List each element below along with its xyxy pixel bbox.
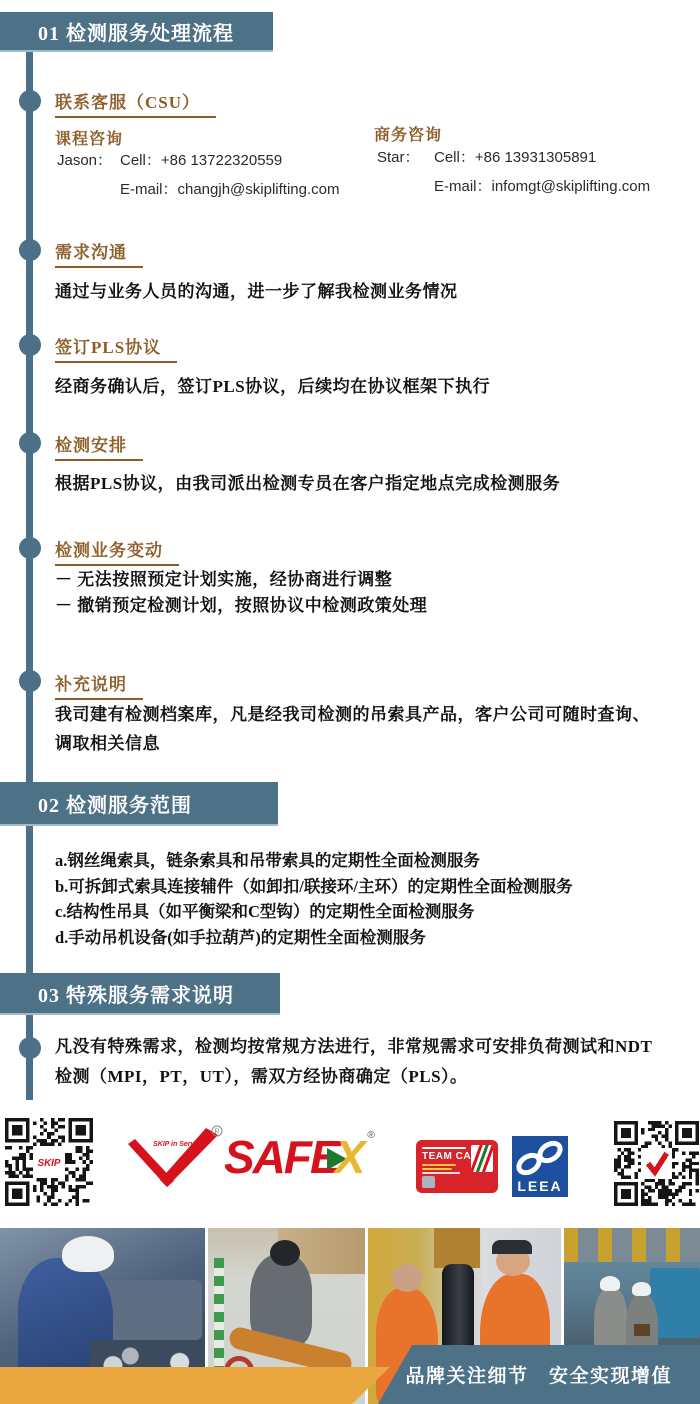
- scope-item: a.钢丝绳索具，链条索具和吊带索具的定期性全面检测服务: [55, 848, 572, 874]
- step-heading-text: 签订PLS协议: [55, 333, 177, 363]
- timeline-dot: [19, 334, 41, 356]
- worker-head: [392, 1264, 422, 1292]
- worker-hair: [492, 1240, 532, 1254]
- timeline-line: [26, 50, 33, 1100]
- business-contact-row: Star：Cell：+86 13931305891: [377, 143, 650, 172]
- step-heading-text: 检测业务变动: [55, 536, 179, 566]
- business-consult-label: 商务咨询: [374, 122, 442, 145]
- team-card-logo: TEAM CARD: [416, 1140, 498, 1193]
- poster-page: 01 检测服务处理流程 联系客服（CSU） 课程咨询 Jason：Cell：+8…: [0, 0, 700, 1404]
- step-body: 通过与业务人员的沟通，进一步了解我检测业务情况: [55, 277, 458, 302]
- step-bullet: － 撤销预定检测计划，按照协议中检测政策处理: [55, 593, 427, 619]
- scope-item: b.可拆卸式索具连接辅件（如卸扣/联接环/主环）的定期性全面检测服务: [55, 874, 572, 900]
- wooden-block: [434, 1228, 480, 1268]
- leea-text: LEEA: [517, 1178, 562, 1194]
- section-band-01: 01 检测服务处理流程: [0, 12, 273, 52]
- safex-logo: SAFEX®: [224, 1134, 375, 1180]
- contact-name: Jason：: [57, 146, 120, 175]
- section-band-01-title: 01 检测服务处理流程: [38, 17, 234, 46]
- step-heading-text: 补充说明: [55, 670, 143, 700]
- timeline-dot: [19, 1037, 41, 1059]
- skip-check-logo: SKIP in Service R: [120, 1124, 224, 1194]
- step-bullet: － 无法按照预定计划实施，经协商进行调整: [55, 567, 392, 593]
- timeline-dot: [19, 239, 41, 261]
- contact-heading: 联系客服（CSU）: [55, 88, 216, 118]
- step-body: 经商务确认后，签订PLS协议，后续均在协议框架下执行: [55, 372, 490, 397]
- team-card-field: [422, 1164, 456, 1166]
- section-band-03-title: 03 特殊服务需求说明: [38, 979, 234, 1008]
- contact-email: E-mail：infomgt@skiplifting.com: [434, 178, 650, 195]
- section-band-02: 02 检测服务范围: [0, 782, 278, 826]
- team-card-field: [422, 1172, 460, 1174]
- chain-links-icon: [512, 1138, 568, 1178]
- special-note: 凡没有特殊需求，检测均按常规方法进行，非常规需求可安排负荷测试和NDT检测（MP…: [55, 1032, 669, 1092]
- worker-head: [270, 1240, 300, 1266]
- step-heading: 需求沟通: [55, 238, 143, 268]
- business-contact-row: E-mail：infomgt@skiplifting.com: [377, 172, 650, 201]
- safex-safe-text: SAFE: [224, 1134, 339, 1180]
- course-contact-block: Jason：Cell：+86 13722320559 E-mail：changj…: [57, 146, 339, 204]
- contact-cell: Cell：+86 13722320559: [120, 152, 282, 169]
- course-contact-row: E-mail：changjh@skiplifting.com: [57, 175, 339, 204]
- section-band-02-title: 02 检测服务范围: [38, 789, 192, 818]
- safety-helmet: [600, 1276, 620, 1291]
- scope-item: c.结构性吊具（如平衡梁和C型钩）的定期性全面检测服务: [55, 899, 572, 925]
- step-heading: 签订PLS协议: [55, 333, 177, 363]
- step-heading-text: 检测安排: [55, 431, 143, 461]
- skip-service-text: SKIP in Service: [153, 1141, 204, 1148]
- svg-text:R: R: [214, 1129, 219, 1136]
- contact-name: Star：: [377, 143, 434, 172]
- team-card-field: [422, 1168, 452, 1170]
- timeline-dot: [19, 432, 41, 454]
- course-contact-row: Jason：Cell：+86 13722320559: [57, 146, 339, 175]
- contact-heading-text: 联系客服（CSU）: [55, 88, 216, 118]
- step-heading: 检测安排: [55, 431, 143, 461]
- business-contact-block: Star：Cell：+86 13931305891 E-mail：infomgt…: [377, 143, 650, 201]
- qr-code-left: SKIP: [5, 1118, 93, 1206]
- step-body: 根据PLS协议，由我司派出检测专员在客户指定地点完成检测服务: [55, 469, 560, 494]
- scope-list: a.钢丝绳索具，链条索具和吊带索具的定期性全面检测服务 b.可拆卸式索具连接辅件…: [55, 848, 572, 950]
- step-heading: 补充说明: [55, 670, 143, 700]
- footer-slogan: 品牌关注细节 安全实现增值: [405, 1361, 672, 1388]
- team-card-photo-panel: [471, 1145, 493, 1172]
- step-body: 我司建有检测档案库，凡是经我司检测的吊索具产品，客户公司可随时查询、调取相关信息: [55, 700, 667, 758]
- svg-text:SKIP: SKIP: [38, 1158, 61, 1169]
- scope-item: d.手动吊机设备(如手拉葫芦)的定期性全面检测服务: [55, 925, 572, 951]
- timeline-dot: [19, 537, 41, 559]
- team-card-chip: [422, 1176, 435, 1188]
- safety-helmet: [632, 1282, 651, 1296]
- crane-structure: [564, 1228, 700, 1262]
- floor-marking: [214, 1258, 224, 1378]
- qr-code-right: [614, 1121, 699, 1206]
- leea-logo: LEEA: [512, 1136, 568, 1197]
- registered-mark-icon: ®: [367, 1130, 374, 1141]
- team-card-topline: [422, 1147, 466, 1149]
- safex-x-text: X: [335, 1131, 366, 1183]
- safex-x-wrap: X: [335, 1134, 366, 1180]
- safety-helmet: [62, 1236, 114, 1272]
- section-band-03: 03 特殊服务需求说明: [0, 973, 280, 1015]
- timeline-dot: [19, 670, 41, 692]
- contact-email: E-mail：changjh@skiplifting.com: [120, 181, 339, 198]
- step-heading: 检测业务变动: [55, 536, 179, 566]
- clipboard: [634, 1324, 650, 1336]
- contact-cell: Cell：+86 13931305891: [434, 149, 596, 166]
- step-heading-text: 需求沟通: [55, 238, 143, 268]
- timeline-dot: [19, 90, 41, 112]
